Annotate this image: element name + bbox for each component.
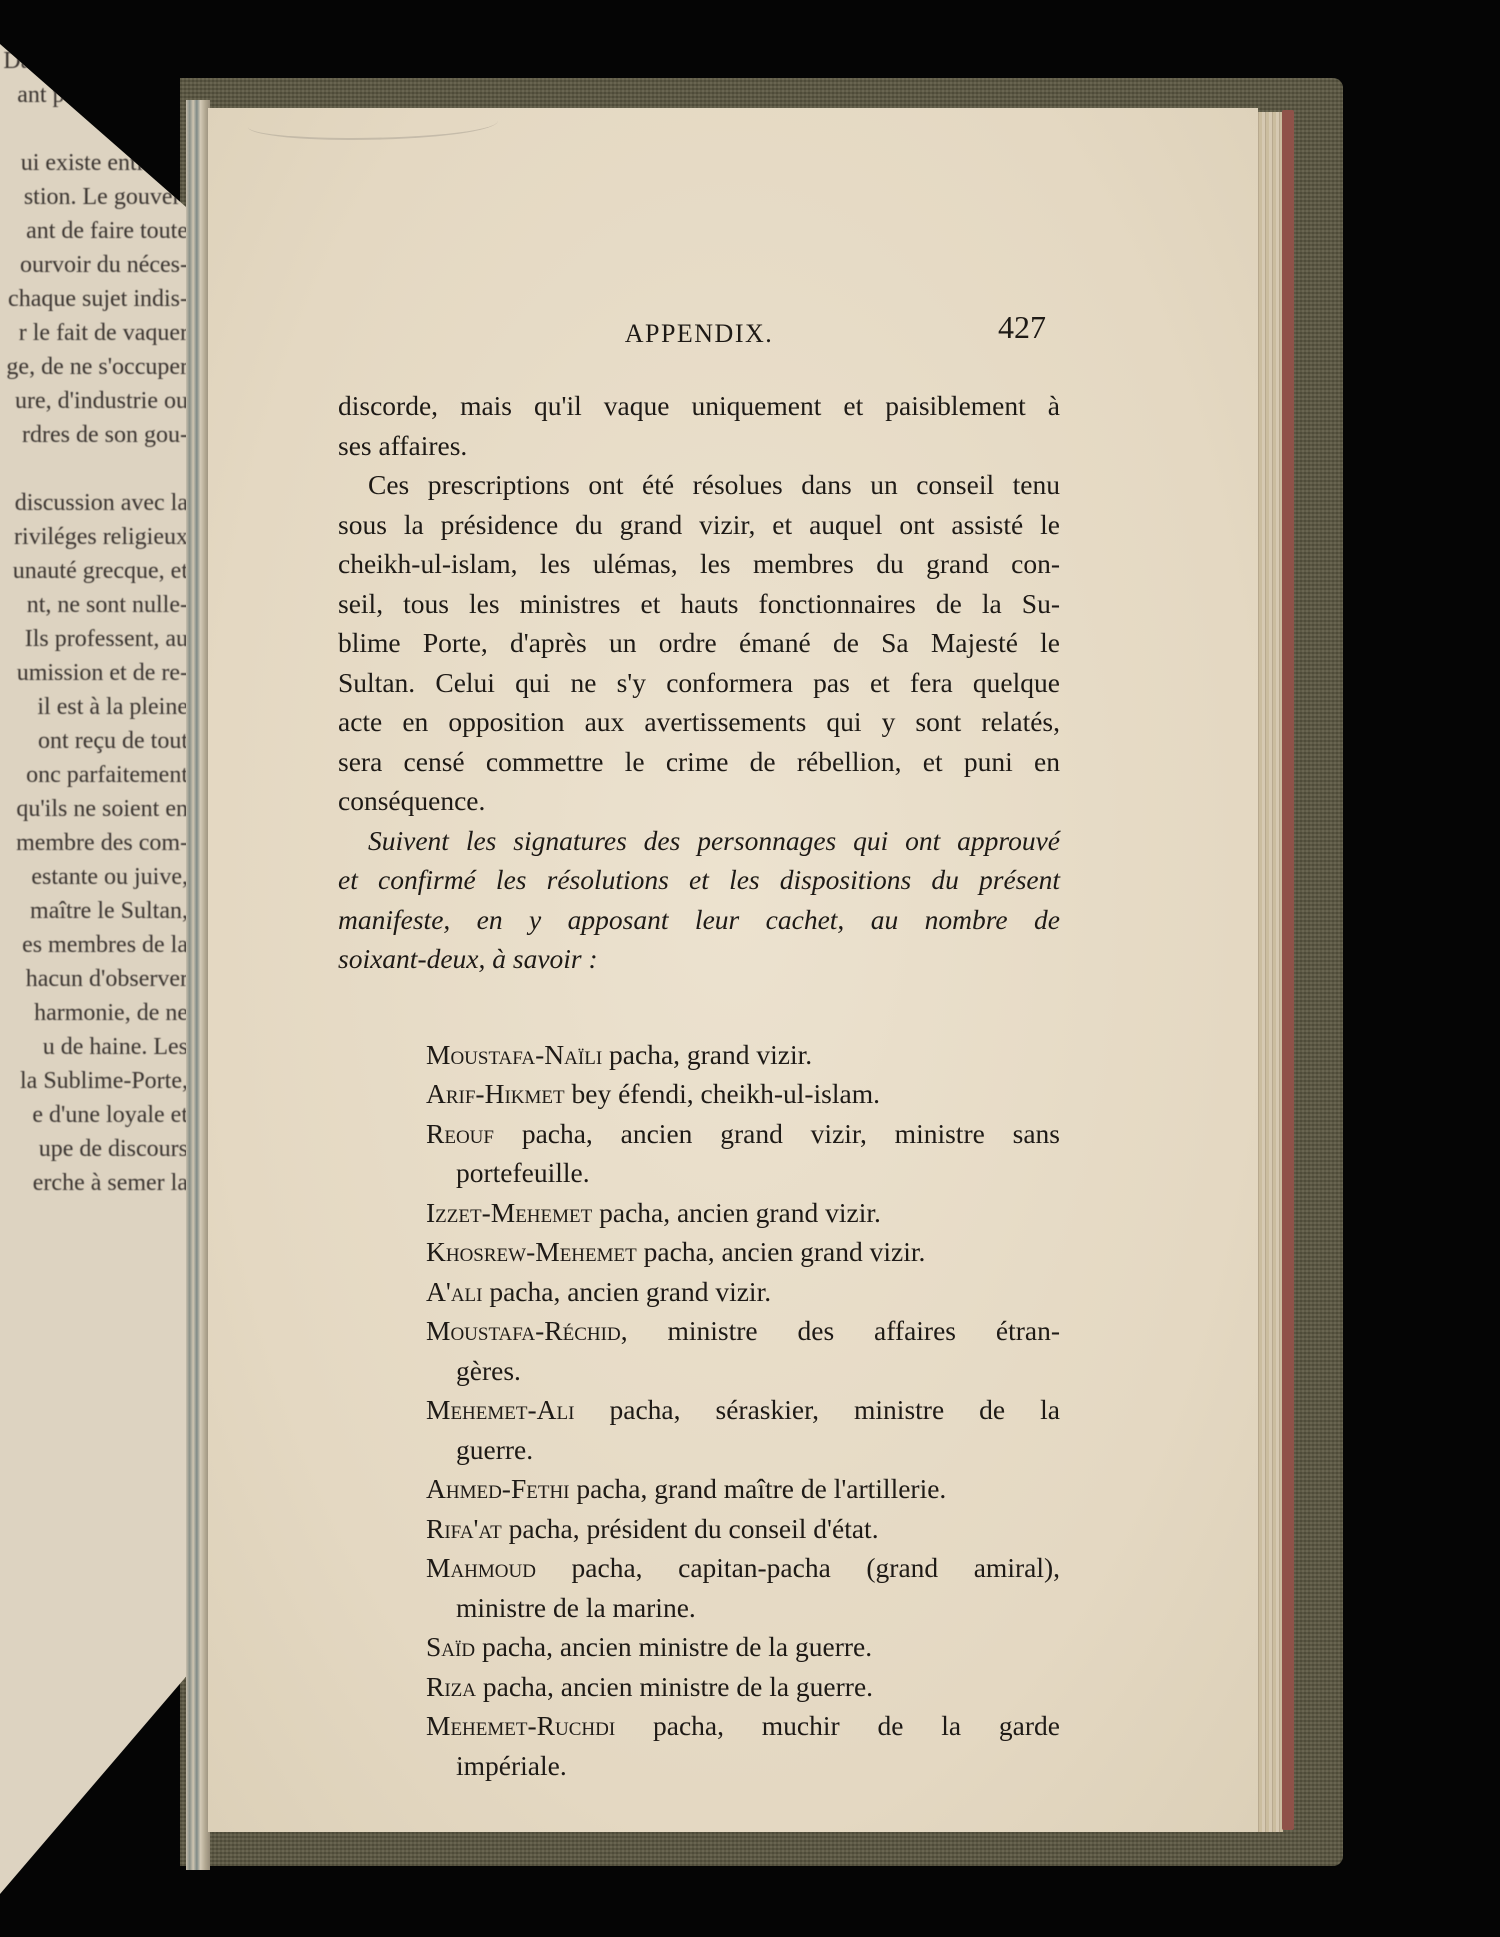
left-page-line: chaque sujet indis- (0, 282, 188, 316)
signatory-entry: Mehemet-Ruchdi pacha, muchir de la garde… (426, 1706, 1060, 1785)
signatory-title: pacha, grand vizir. (609, 1039, 812, 1070)
page-number: 427 (998, 308, 1046, 348)
left-page-line: onc parfaitement (0, 758, 188, 792)
signatory-line: Moustafa-Réchid, ministre des affaires é… (426, 1311, 1060, 1351)
signatory-title: pacha, capitan-pacha (grand amiral), (572, 1552, 1060, 1583)
text-line: conséquence. (338, 781, 1060, 821)
left-page-line: ure, d'industrie ou (0, 384, 188, 418)
left-page-line: u de haine. Les (0, 1030, 188, 1064)
signatory-entry: Izzet-Mehemet pacha, ancien grand vizir. (426, 1193, 1060, 1233)
left-page-line: ont reçu de tout (0, 724, 188, 758)
left-page-line: membre des com- (0, 826, 188, 860)
signatory-entry: Mahmoud pacha, capitan-pacha (grand amir… (426, 1548, 1060, 1627)
left-page-line: ant point de pour- (0, 78, 188, 112)
signatory-title: , ministre des affaires étran- (621, 1315, 1060, 1346)
signatory-line: Mehemet-Ruchdi pacha, muchir de la garde (426, 1706, 1060, 1746)
paragraph-1: discorde, mais qu'il vaque uniquement et… (338, 386, 1060, 465)
signatory-title: pacha, séraskier, ministre de la (609, 1394, 1060, 1425)
signatory-line: Mehemet-Ali pacha, séraskier, ministre d… (426, 1390, 1060, 1430)
signatory-name: Moustafa-Naïli (426, 1039, 602, 1070)
left-page-line: qu'ils ne soient en (0, 792, 188, 826)
signatory-line: Izzet-Mehemet pacha, ancien grand vizir. (426, 1193, 1060, 1233)
left-page-line: discussion avec la (0, 486, 188, 520)
signatory-entry: Rifa'at pacha, président du conseil d'ét… (426, 1509, 1060, 1549)
signatory-name: Ahmed-Fethi (426, 1473, 570, 1504)
paragraph-3-italic: Suivent les signatures des personnages q… (338, 821, 1060, 979)
signatory-title: pacha, président du conseil d'état. (509, 1513, 879, 1544)
left-page-line: unauté grecque, et (0, 554, 188, 588)
text-line: sous la présidence du grand vizir, et au… (338, 505, 1060, 545)
text-line: Suivent les signatures des personnages q… (338, 821, 1060, 861)
signatory-title: pacha, muchir de la garde (653, 1710, 1060, 1741)
left-page-line (0, 452, 188, 486)
signatory-line: Arif-Hikmet bey éfendi, cheikh-ul-islam. (426, 1074, 1060, 1114)
signatory-name: Saïd (426, 1631, 475, 1662)
book-gutter (186, 100, 210, 1870)
left-page-line: es membres de la (0, 928, 188, 962)
left-page-line: il est à la pleine (0, 690, 188, 724)
text-line: soixant-deux, à savoir : (338, 939, 1060, 979)
signatory-line: Saïd pacha, ancien ministre de la guerre… (426, 1627, 1060, 1667)
signatory-continuation: gères. (426, 1351, 1060, 1391)
left-page-line: Ils professent, au (0, 622, 188, 656)
signatory-title: pacha, ancien grand vizir. (489, 1276, 771, 1307)
signatory-name: A'ali (426, 1276, 482, 1307)
signatory-line: Riza pacha, ancien ministre de la guerre… (426, 1667, 1060, 1707)
text-line: Sultan. Celui qui ne s'y conformera pas … (338, 663, 1060, 703)
left-page-line: r le fait de vaquer (0, 316, 188, 350)
signatory-line: Rifa'at pacha, président du conseil d'ét… (426, 1509, 1060, 1549)
signatory-title: bey éfendi, cheikh-ul-islam. (571, 1078, 880, 1109)
signatory-entry: Mehemet-Ali pacha, séraskier, ministre d… (426, 1390, 1060, 1469)
signatory-line: Ahmed-Fethi pacha, grand maître de l'art… (426, 1469, 1060, 1509)
signatory-name: Mehemet-Ali (426, 1394, 574, 1425)
signatory-entry: Ahmed-Fethi pacha, grand maître de l'art… (426, 1469, 1060, 1509)
signatory-name: Moustafa-Réchid (426, 1315, 621, 1346)
left-page-line (0, 112, 188, 146)
signatory-entry: Arif-Hikmet bey éfendi, cheikh-ul-islam. (426, 1074, 1060, 1114)
running-title: APPENDIX. (338, 314, 1060, 354)
signatory-line: A'ali pacha, ancien grand vizir. (426, 1272, 1060, 1312)
signatory-continuation: portefeuille. (426, 1153, 1060, 1193)
signatory-title: pacha, ancien grand vizir. (644, 1236, 926, 1267)
red-page-edge (1282, 110, 1294, 1830)
left-page-line: ge, de ne s'occuper (0, 350, 188, 384)
left-page-line: stion. Le gouver- (0, 180, 188, 214)
text-line: seil, tous les ministres et hauts foncti… (338, 584, 1060, 624)
left-page-line: hacun d'observer (0, 962, 188, 996)
signatory-title: pacha, ancien grand vizir. (599, 1197, 881, 1228)
signatory-name: Riza (426, 1671, 476, 1702)
text-line: ses affaires. (338, 426, 1060, 466)
text-line: sera censé commettre le crime de rébelli… (338, 742, 1060, 782)
left-page-line: rdres de son gou- (0, 418, 188, 452)
text-line: Ces prescriptions ont été résolues dans … (338, 465, 1060, 505)
signatory-entry: A'ali pacha, ancien grand vizir. (426, 1272, 1060, 1312)
signatory-entry: Saïd pacha, ancien ministre de la guerre… (426, 1627, 1060, 1667)
signatory-entry: Moustafa-Réchid, ministre des affaires é… (426, 1311, 1060, 1390)
text-line: cheikh-ul-islam, les ulémas, les membres… (338, 544, 1060, 584)
left-page-line: la Sublime-Porte, (0, 1064, 188, 1098)
text-line: manifeste, en y apposant leur cachet, au… (338, 900, 1060, 940)
left-page-line: harmonie, de ne (0, 996, 188, 1030)
signatory-title: pacha, ancien ministre de la guerre. (482, 1631, 872, 1662)
signatory-title: pacha, grand maître de l'artillerie. (576, 1473, 946, 1504)
left-page-line: umission et de re- (0, 656, 188, 690)
text-line: et confirmé les résolutions et les dispo… (338, 860, 1060, 900)
signatory-name: Rifa'at (426, 1513, 502, 1544)
signatory-name: Reouf (426, 1118, 494, 1149)
text-line: blime Porte, d'après un ordre émané de S… (338, 623, 1060, 663)
signatory-continuation: impériale. (426, 1746, 1060, 1786)
left-page-line: erche à semer la (0, 1166, 188, 1200)
left-page: Danube et les fron-ant point de pour-ui … (0, 44, 190, 1894)
page-tear (248, 108, 498, 140)
signatory-title: pacha, ancien ministre de la guerre. (483, 1671, 873, 1702)
signatory-list: Moustafa-Naïli pacha, grand vizir.Arif-H… (426, 1035, 1060, 1786)
signatory-name: Mahmoud (426, 1552, 536, 1583)
left-page-line: estante ou juive, (0, 860, 188, 894)
text-line: acte en opposition aux avertissements qu… (338, 702, 1060, 742)
right-page-text: APPENDIX. 427 discorde, mais qu'il vaque… (338, 314, 1060, 1785)
signatory-continuation: guerre. (426, 1430, 1060, 1470)
left-page-line: ourvoir du néces- (0, 248, 188, 282)
left-page-line: ant de faire toute (0, 214, 188, 248)
text-line: discorde, mais qu'il vaque uniquement et… (338, 386, 1060, 426)
signatory-entry: Riza pacha, ancien ministre de la guerre… (426, 1667, 1060, 1707)
left-page-line: nt, ne sont nulle- (0, 588, 188, 622)
left-page-text: Danube et les fron-ant point de pour-ui … (0, 44, 188, 1200)
signatory-line: Mahmoud pacha, capitan-pacha (grand amir… (426, 1548, 1060, 1588)
paragraph-2: Ces prescriptions ont été résolues dans … (338, 465, 1060, 821)
signatory-title: pacha, ancien grand vizir, ministre sans (522, 1118, 1060, 1149)
left-page-line: e d'une loyale et (0, 1098, 188, 1132)
left-page-line: ui existe entre les (0, 146, 188, 180)
signatory-line: Reouf pacha, ancien grand vizir, ministr… (426, 1114, 1060, 1154)
signatory-name: Mehemet-Ruchdi (426, 1710, 615, 1741)
signatory-continuation: ministre de la marine. (426, 1588, 1060, 1628)
signatory-line: Khosrew-Mehemet pacha, ancien grand vizi… (426, 1232, 1060, 1272)
signatory-name: Izzet-Mehemet (426, 1197, 592, 1228)
signatory-name: Arif-Hikmet (426, 1078, 565, 1109)
left-page-line: upe de discours (0, 1132, 188, 1166)
left-page-line: Danube et les fron- (0, 44, 188, 78)
signatory-line: Moustafa-Naïli pacha, grand vizir. (426, 1035, 1060, 1075)
left-page-line: maître le Sultan, (0, 894, 188, 928)
signatory-entry: Khosrew-Mehemet pacha, ancien grand vizi… (426, 1232, 1060, 1272)
signatory-entry: Reouf pacha, ancien grand vizir, ministr… (426, 1114, 1060, 1193)
signatory-name: Khosrew-Mehemet (426, 1236, 637, 1267)
running-head: APPENDIX. 427 (338, 314, 1060, 366)
page-fore-edge (1255, 112, 1283, 1832)
signatory-entry: Moustafa-Naïli pacha, grand vizir. (426, 1035, 1060, 1075)
left-page-line: riviléges religieux (0, 520, 188, 554)
